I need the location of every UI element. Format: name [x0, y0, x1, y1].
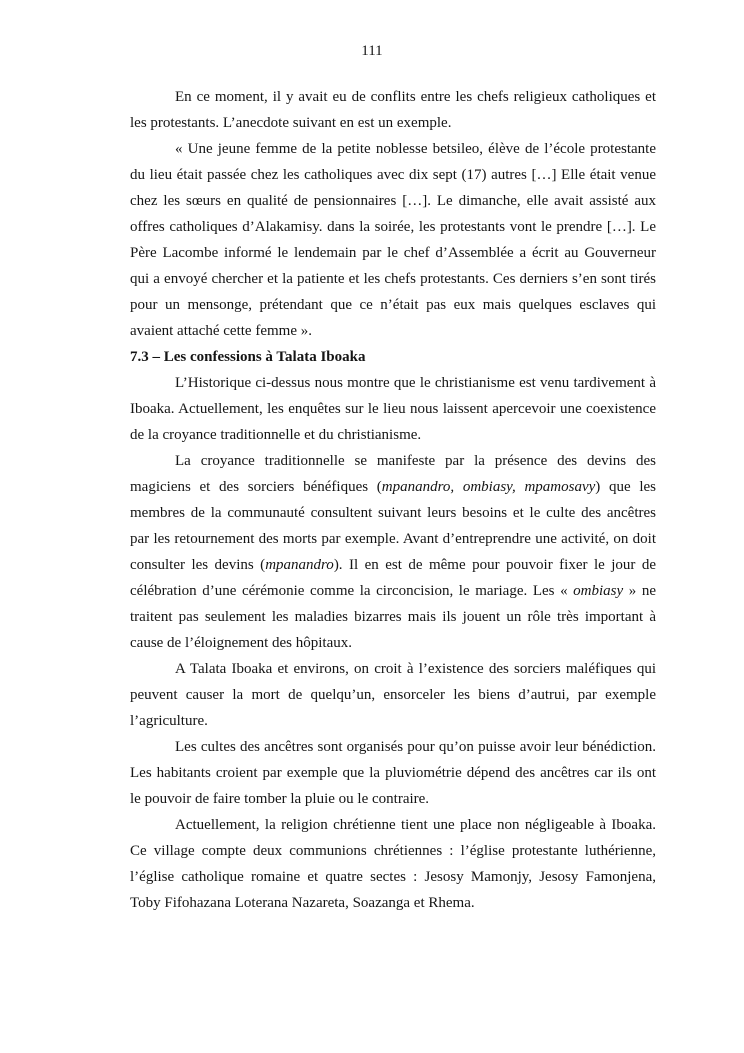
text-line: peuvent causer la mort de quelqu’un, ens…: [130, 682, 656, 708]
text-line: Ce village compte deux communions chréti…: [130, 838, 656, 864]
text-line: « Une jeune femme de la petite noblesse …: [130, 136, 656, 162]
text-line: chez les sœurs en qualité de pensionnair…: [130, 188, 656, 214]
document-body: En ce moment, il y avait eu de conflits …: [130, 84, 656, 916]
paragraph: « Une jeune femme de la petite noblesse …: [130, 136, 656, 344]
paragraph: La croyance traditionnelle se manifeste …: [130, 448, 656, 656]
text-line: Les cultes des ancêtres sont organisés p…: [130, 734, 656, 760]
text-line: Iboaka. Actuellement, les enquêtes sur l…: [130, 396, 656, 422]
text-line: Toby Fifohazana Loterana Nazareta, Soaza…: [130, 890, 656, 916]
section-heading: 7.3 – Les confessions à Talata Iboaka: [130, 344, 656, 370]
text-line: qui a envoyé chercher et la patiente et …: [130, 266, 656, 292]
text-line: consulter les devins (mpanandro). Il en …: [130, 552, 656, 578]
paragraph: A Talata Iboaka et environs, on croit à …: [130, 656, 656, 734]
text-line: traitent pas seulement les maladies biza…: [130, 604, 656, 630]
text-line: cause de l’éloignement des hôpitaux.: [130, 630, 656, 656]
text-line: par les retournement des morts par exemp…: [130, 526, 656, 552]
text-line: Actuellement, la religion chrétienne tie…: [130, 812, 656, 838]
text-line: La croyance traditionnelle se manifeste …: [130, 448, 656, 474]
italic-term: ombiasy: [573, 583, 623, 599]
text-line: Les habitants croient par exemple que la…: [130, 760, 656, 786]
text-line: En ce moment, il y avait eu de conflits …: [130, 84, 656, 110]
italic-term: mpanandro: [265, 557, 334, 573]
text-line: membres de la communauté consultent suiv…: [130, 500, 656, 526]
text-line: 7.3 – Les confessions à Talata Iboaka: [130, 344, 656, 370]
text-line: les protestants. L’anecdote suivant en e…: [130, 110, 656, 136]
text-line: offres catholiques d’Alakamisy. dans la …: [130, 214, 656, 240]
paragraph: En ce moment, il y avait eu de conflits …: [130, 84, 656, 136]
text-line: avaient attaché cette femme ».: [130, 318, 656, 344]
text-line: A Talata Iboaka et environs, on croit à …: [130, 656, 656, 682]
text-line: célébration d’une cérémonie comme la cir…: [130, 578, 656, 604]
text-line: le pouvoir de faire tomber la pluie ou l…: [130, 786, 656, 812]
text-line: pour un mensonge, prétendant que ce n’ét…: [130, 292, 656, 318]
text-line: de la croyance traditionnelle et du chri…: [130, 422, 656, 448]
text-line: Père Lacombe informé le lendemain par le…: [130, 240, 656, 266]
page-number: 111: [0, 42, 744, 60]
paragraph: Actuellement, la religion chrétienne tie…: [130, 812, 656, 916]
text-line: du lieu était passée chez les catholique…: [130, 162, 656, 188]
document-page: 111 En ce moment, il y avait eu de confl…: [0, 0, 744, 1053]
text-line: L’Historique ci-dessus nous montre que l…: [130, 370, 656, 396]
text-line: l’église catholique romaine et quatre se…: [130, 864, 656, 890]
text-line: l’agriculture.: [130, 708, 656, 734]
italic-term: mpanandro, ombiasy, mpamosavy: [382, 479, 596, 495]
text-line: magiciens et des sorciers bénéfiques (mp…: [130, 474, 656, 500]
paragraph: Les cultes des ancêtres sont organisés p…: [130, 734, 656, 812]
paragraph: L’Historique ci-dessus nous montre que l…: [130, 370, 656, 448]
